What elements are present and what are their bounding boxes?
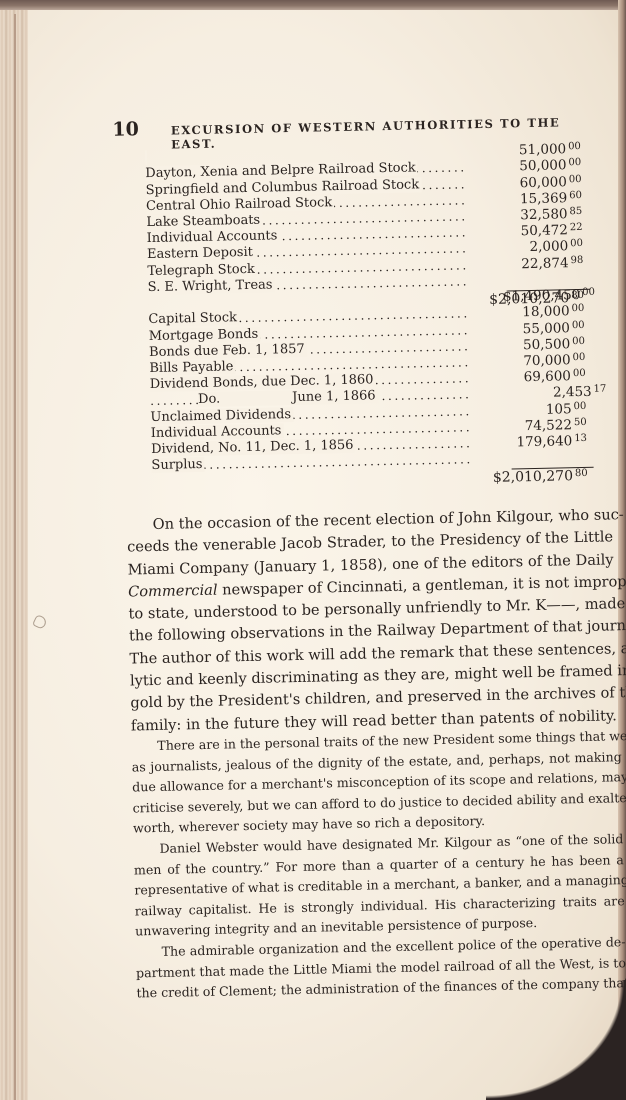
page-content: 10 EXCURSION OF WESTERN AUTHORITIES TO T…: [0, 0, 626, 1100]
newspaper-title: Commercial: [128, 582, 218, 601]
page-number: 10: [112, 118, 139, 141]
liabilities-ledger: $1,490,45000 Capital Stock 18,00000 Mort…: [148, 287, 592, 495]
body-paragraph: On the occasion of the recent election o…: [126, 504, 617, 737]
ledger-amount: [506, 447, 591, 467]
quoted-passage: There are in the personal traits of the …: [131, 726, 626, 1004]
